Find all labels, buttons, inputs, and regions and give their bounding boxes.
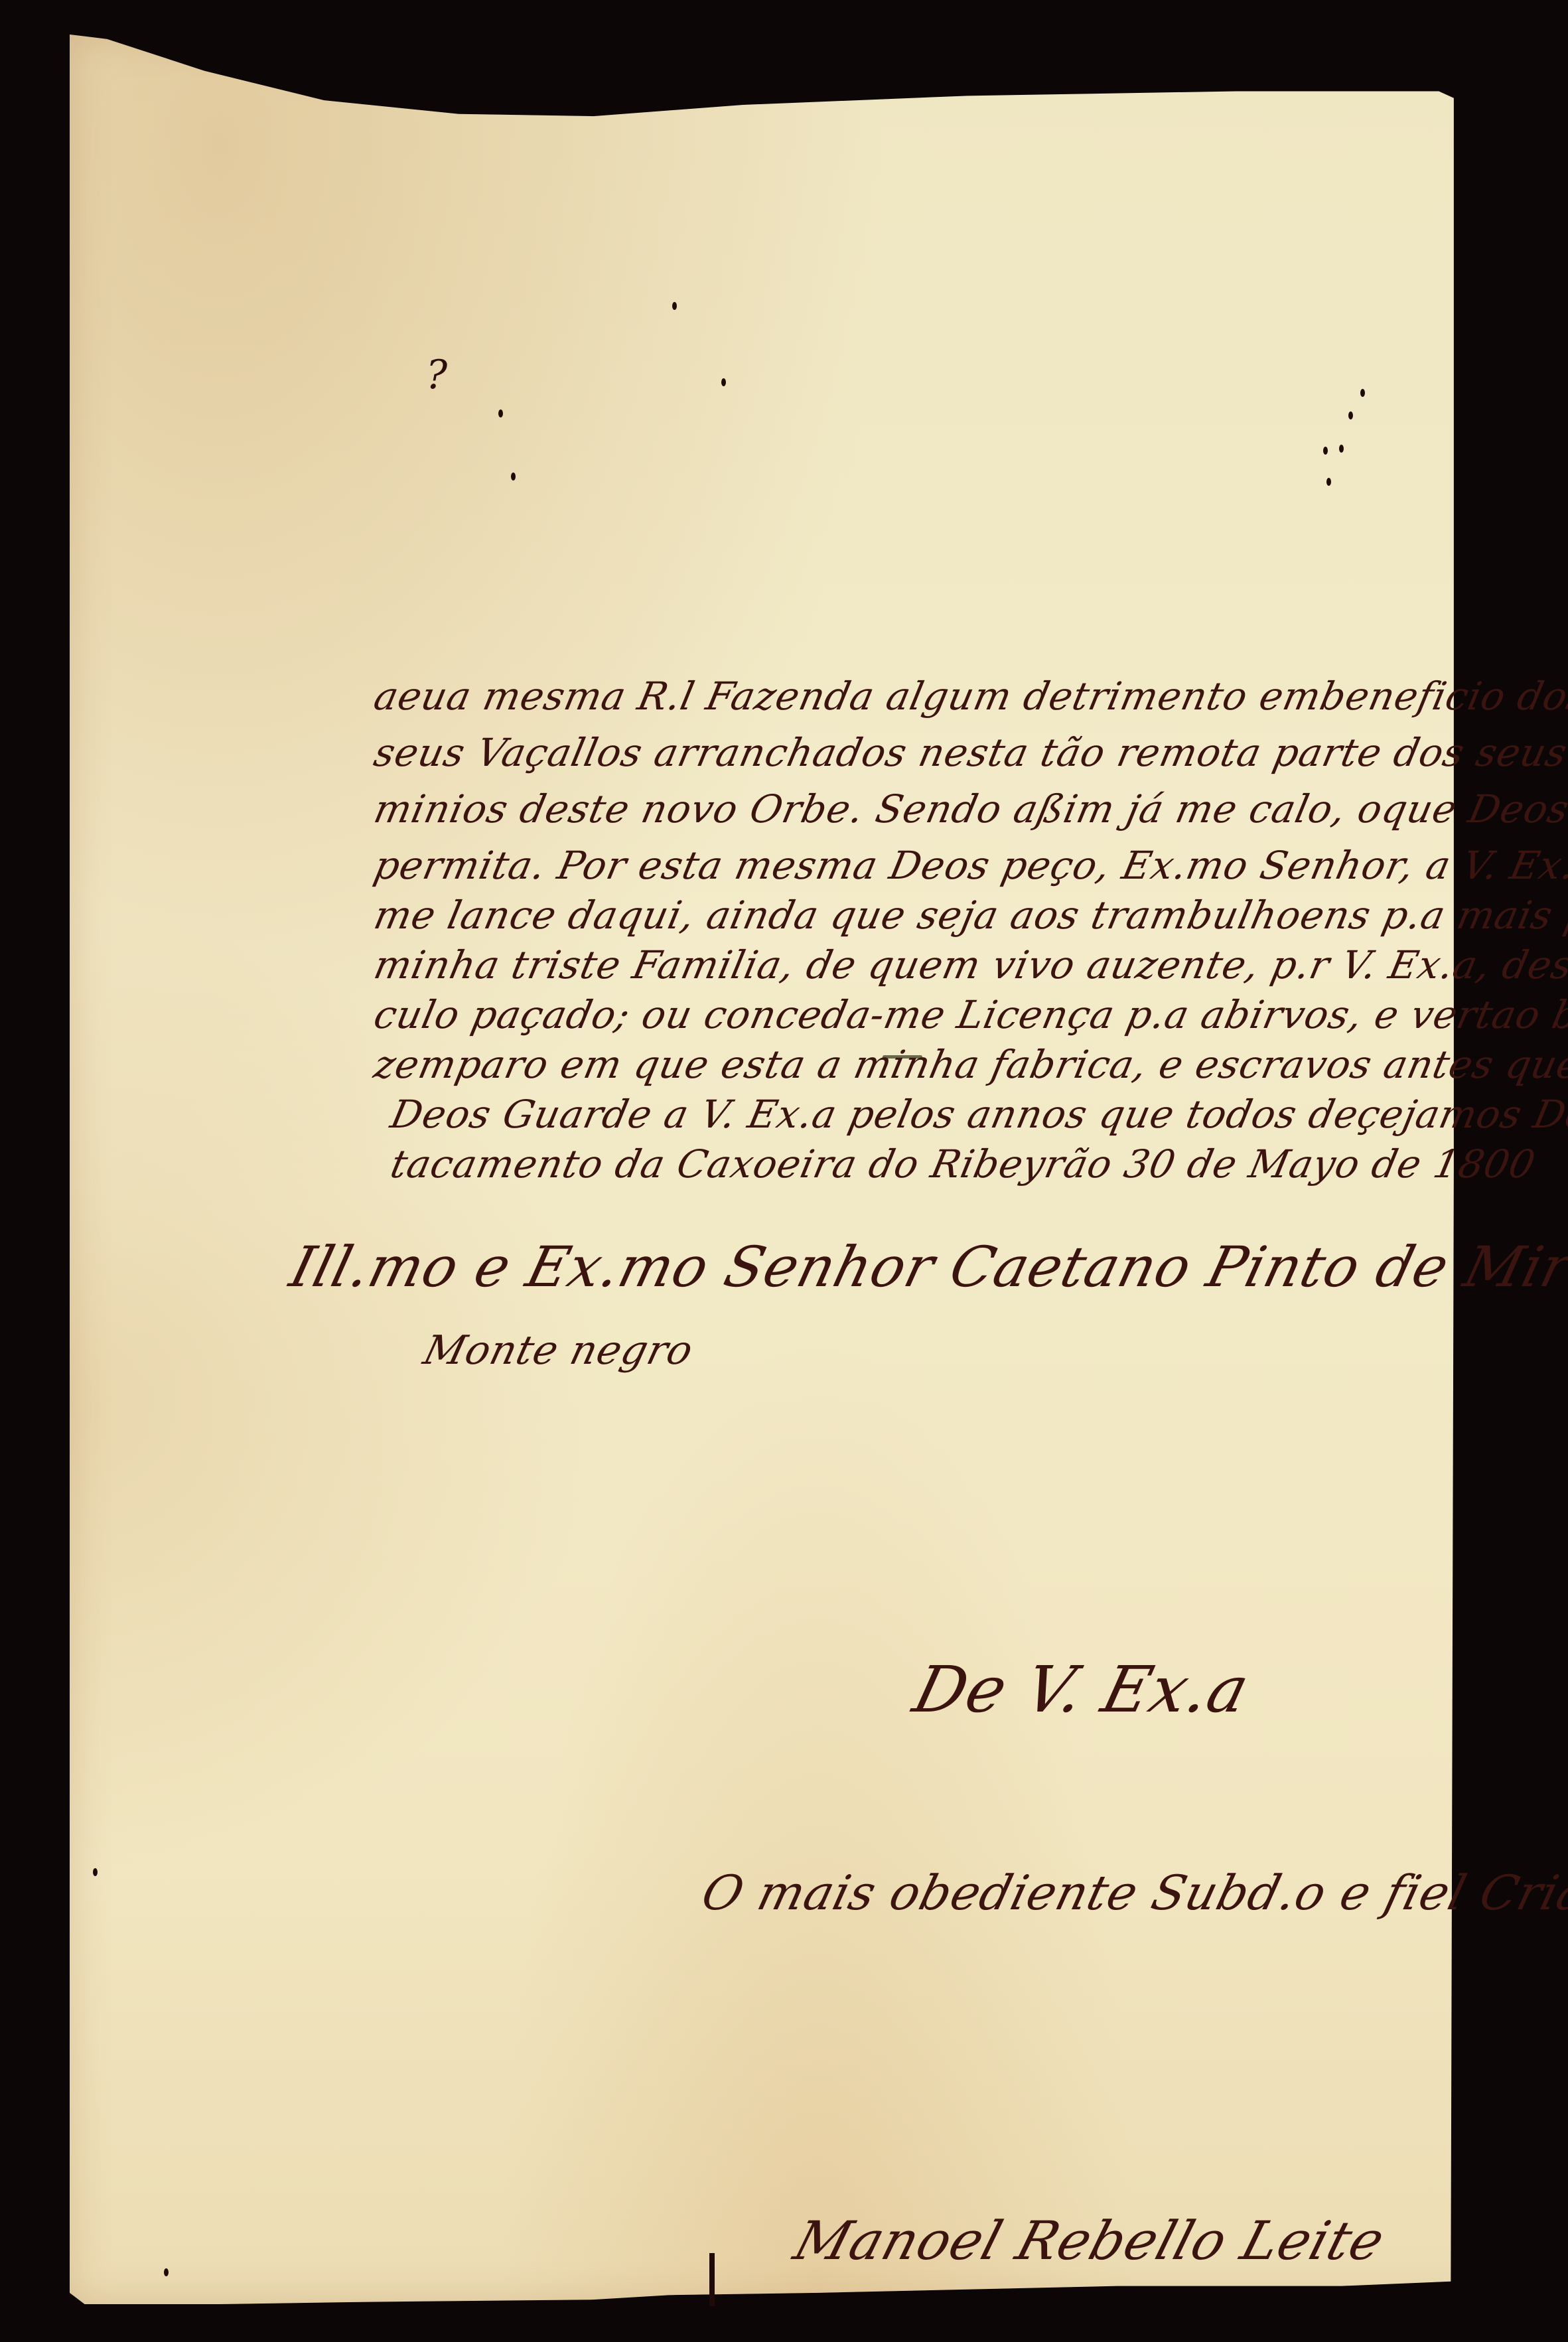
body-line: zemparo em que esta a minha fabrica, e e… (370, 1042, 1568, 1087)
ink-speck (511, 473, 516, 480)
body-line: minha triste Familia, de quem vivo auzen… (370, 942, 1568, 988)
closing-signoff: O mais obediente Subd.o e fiel Criad.o (697, 1865, 1568, 1921)
body-line: me lance daqui, ainda que seja aos tramb… (370, 893, 1568, 938)
body-line: aeua mesma R.l Fazenda algum detrimento … (370, 674, 1568, 719)
addressee-name: Ill.mo e Ex.mo Senhor Caetano Pinto de M… (284, 1234, 1568, 1299)
closing-salutation: De V. Ex.a (906, 1652, 1257, 1727)
ink-speck (1326, 478, 1331, 486)
ink-speck (1323, 447, 1328, 455)
addressee-surname: Monte negro (419, 1327, 698, 1374)
body-line: Deos Guarde a V. Ex.a pelos annos que to… (387, 1092, 1568, 1137)
ink-speck (164, 2268, 169, 2276)
margin-mark: ? (426, 352, 447, 398)
ink-stroke-mark (709, 2253, 715, 2306)
ink-speck (721, 378, 726, 386)
ink-speck (672, 302, 677, 310)
body-line: seus Vaçallos arranchados nesta tão remo… (370, 730, 1568, 775)
signature: Manoel Rebello Leite (788, 2210, 1392, 2272)
body-line-date: tacamento da Caxoeira do Ribeyrão 30 de … (387, 1141, 1539, 1187)
ink-speck (1348, 411, 1353, 419)
body-line: minios deste novo Orbe. Sendo aßim já me… (370, 786, 1568, 832)
ink-speck (498, 409, 503, 417)
ink-speck (93, 1868, 98, 1876)
ink-speck (1360, 389, 1365, 397)
ink-speck (1339, 445, 1344, 453)
body-line: culo paçado; ou conceda-me Licença p.a a… (370, 992, 1568, 1037)
body-line: permita. Por esta mesma Deos peço, Ex.mo… (370, 843, 1568, 888)
